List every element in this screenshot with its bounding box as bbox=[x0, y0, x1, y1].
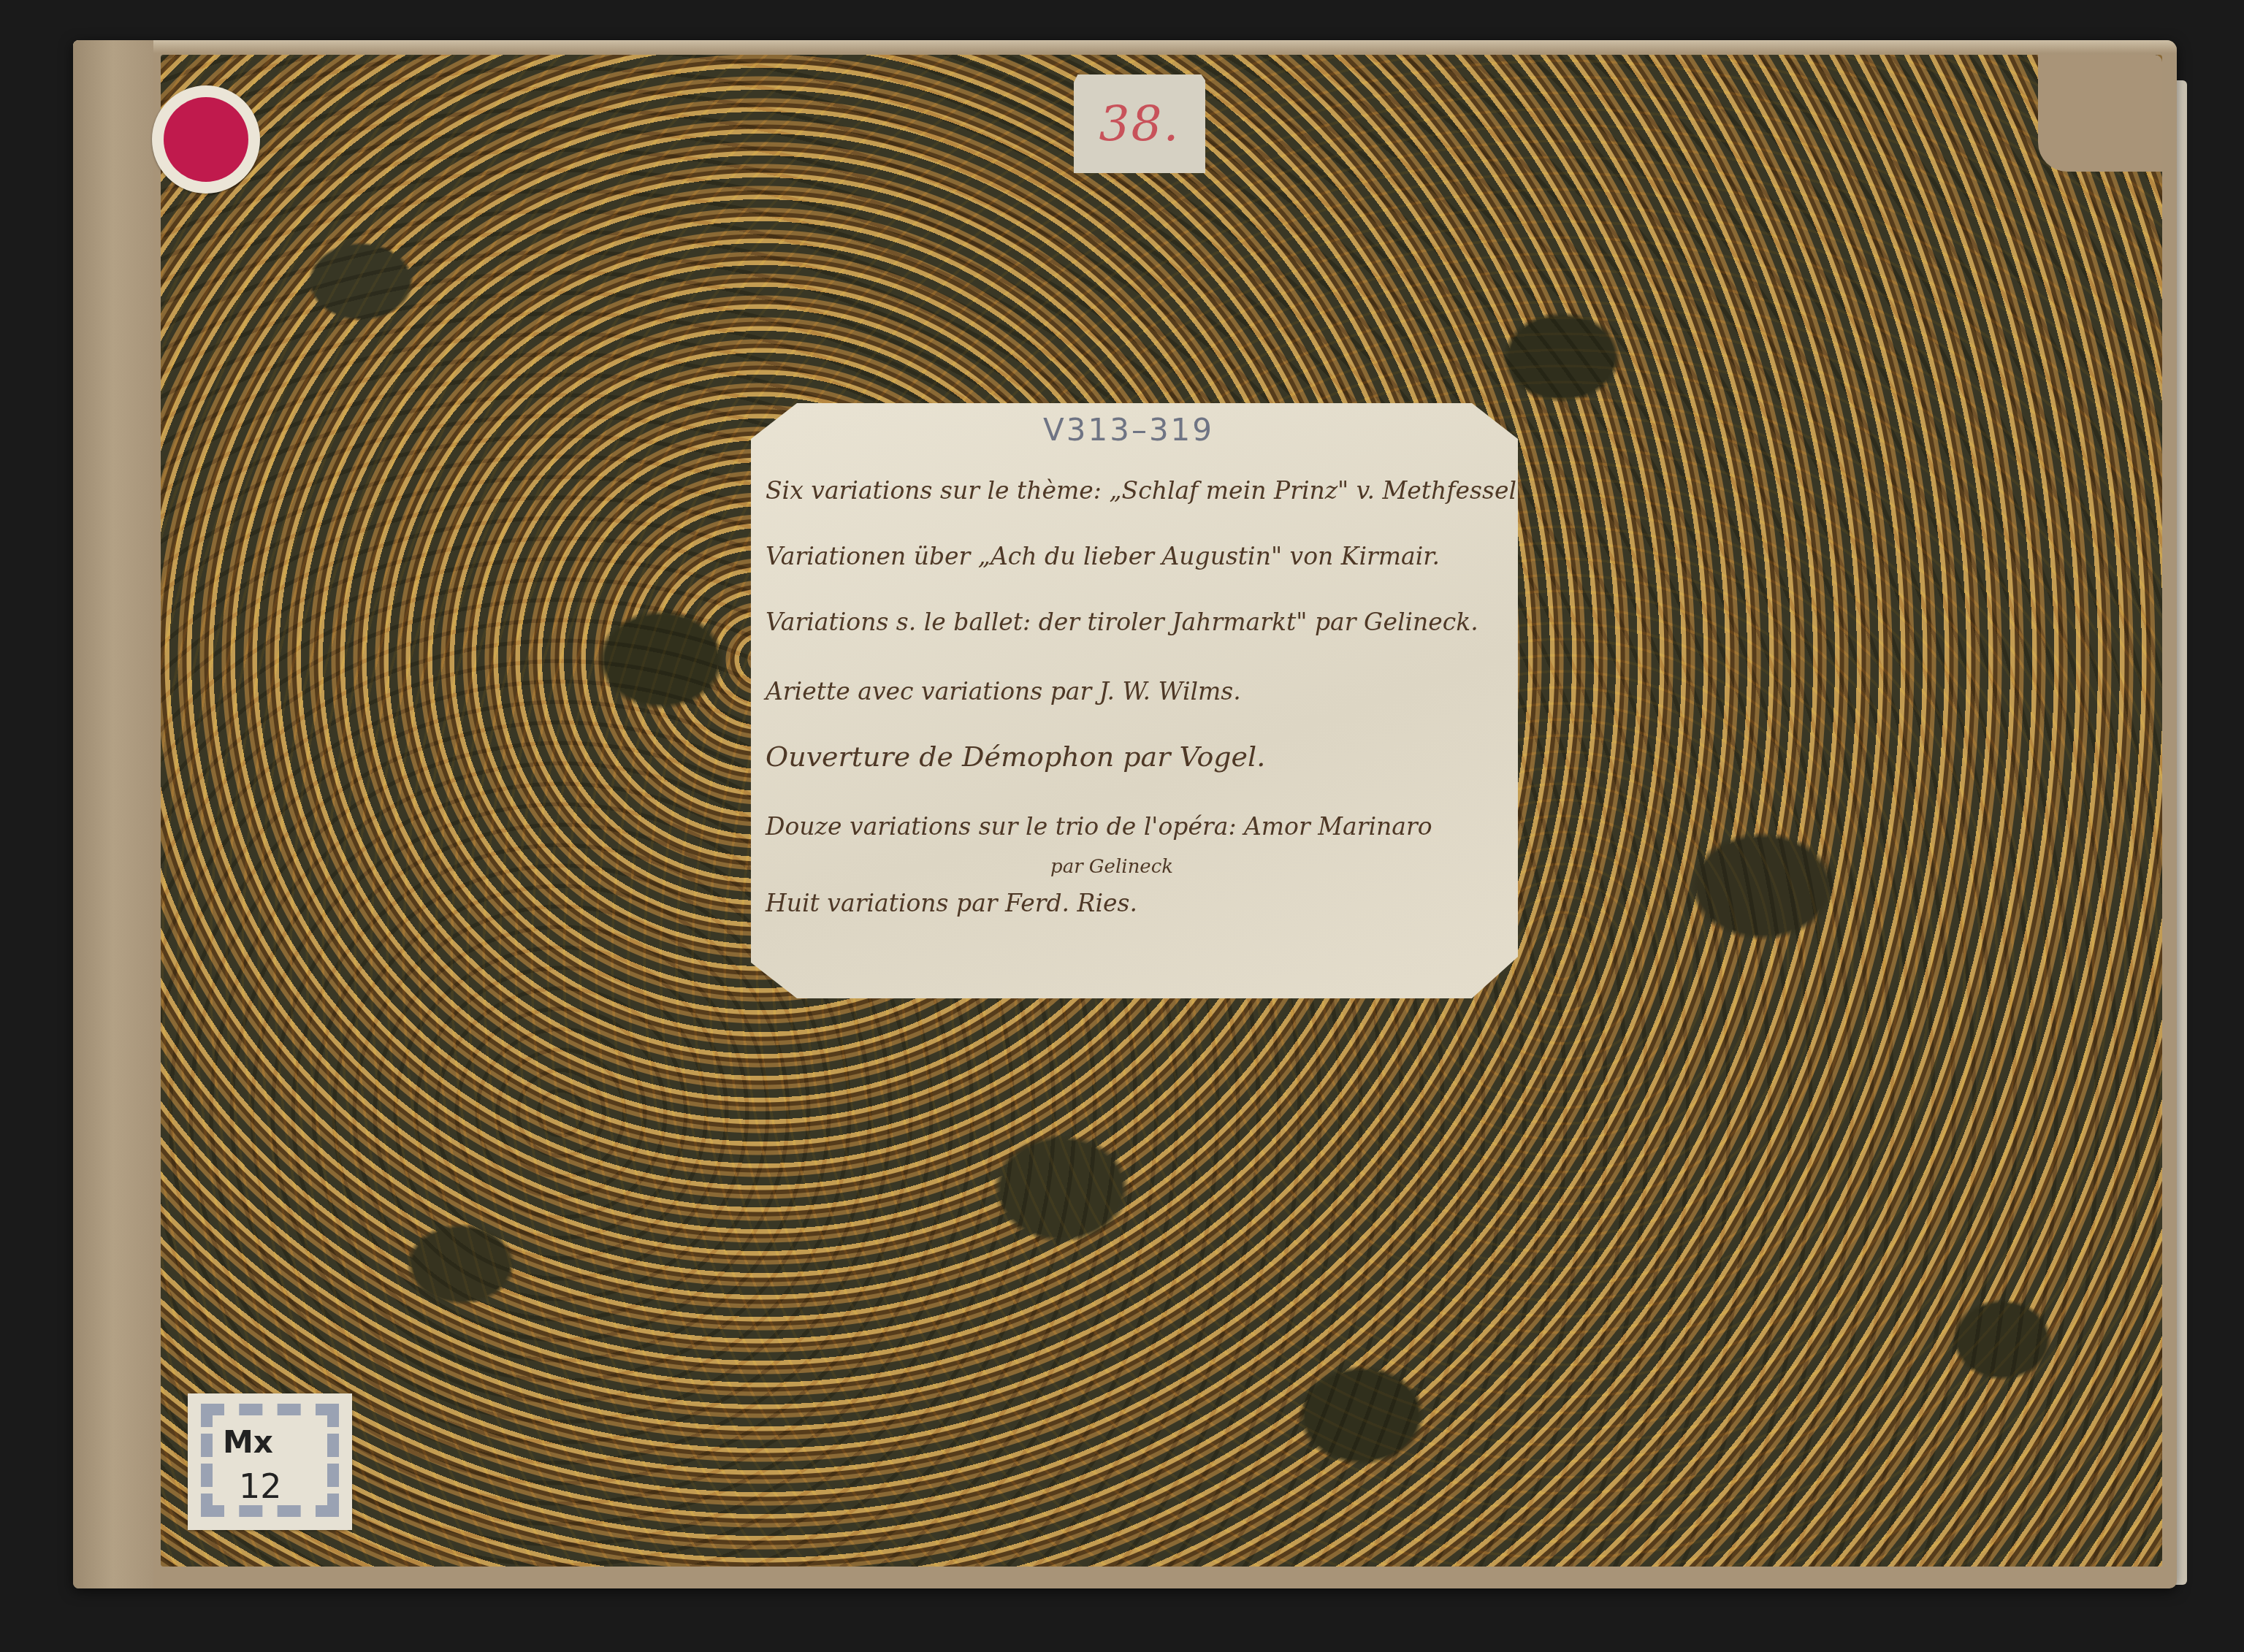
label-line: Variations s. le ballet: der tiroler Jah… bbox=[766, 608, 1511, 636]
label-line: Douze variations sur le trio de l'opéra:… bbox=[766, 812, 1511, 841]
shelfmark: V313–319 bbox=[1043, 412, 1214, 448]
label-line: par Gelineck bbox=[1050, 856, 1511, 878]
number-tag-text: 38. bbox=[1099, 96, 1180, 152]
contents-label: V313–319 Six variations sur le thème: „S… bbox=[751, 403, 1518, 998]
shelf-signature-sticker: Mx 12 bbox=[188, 1393, 352, 1530]
signature-number: 12 bbox=[239, 1466, 282, 1506]
worn-corner bbox=[2038, 55, 2162, 172]
red-dot-sticker bbox=[152, 85, 260, 194]
book-cover: 38. V313–319 Six variations sur le thème… bbox=[73, 40, 2177, 1588]
label-line: Ariette avec variations par J. W. Wilms. bbox=[766, 677, 1511, 705]
red-dot-icon bbox=[164, 97, 248, 182]
spine-strip bbox=[73, 40, 153, 1588]
number-tag: 38. bbox=[1074, 74, 1205, 173]
label-line: Ouverture de Démophon par Vogel. bbox=[766, 741, 1511, 773]
board-edge bbox=[73, 40, 2177, 53]
label-line: Huit variations par Ferd. Ries. bbox=[766, 889, 1511, 917]
signature-prefix: Mx bbox=[223, 1424, 273, 1460]
label-line: Six variations sur le thème: „Schlaf mei… bbox=[766, 476, 1511, 505]
label-line: Variationen über „Ach du lieber Augustin… bbox=[766, 542, 1511, 570]
